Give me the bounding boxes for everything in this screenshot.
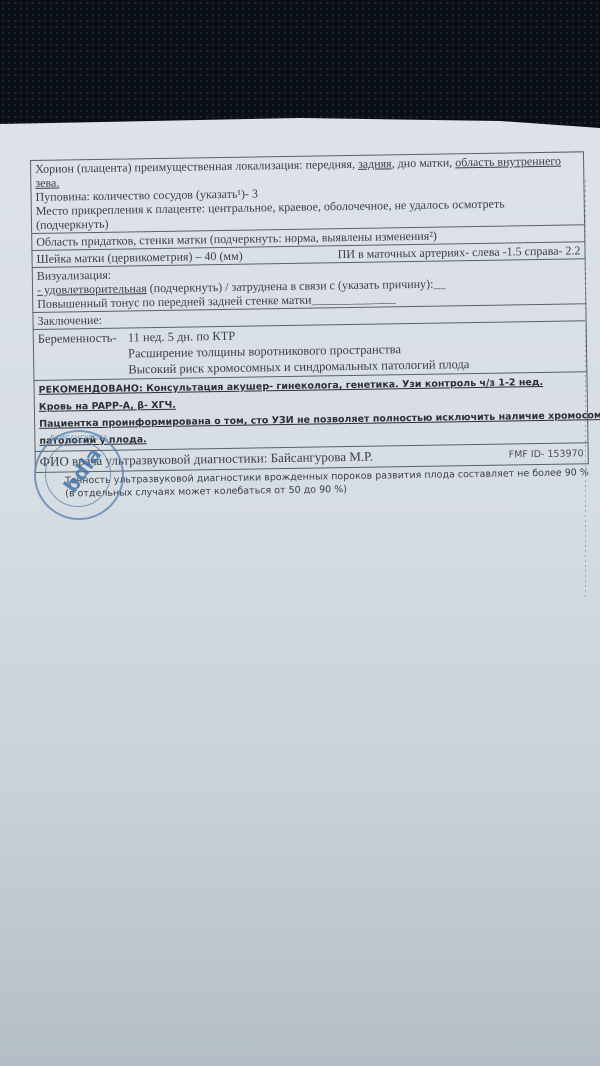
clinic-stamp: БАЙСАНГУРОВА bdla [34, 430, 124, 520]
stamp-ring-text: БАЙСАНГУРОВА [36, 434, 122, 442]
chorion-middle: , дно матки, [392, 155, 456, 170]
dark-background [0, 0, 600, 130]
bleed-through-marks [585, 180, 586, 600]
chorion-underlined-posterior: задняя [358, 156, 392, 171]
conclusion-title: Заключение: [37, 313, 102, 328]
fmf-id: FMF ID- 153970 [509, 448, 584, 460]
pregnancy-label: Беременность- [38, 329, 129, 378]
pi-arteries-text: ПИ в маточных артериях- слева -1.5 справ… [338, 243, 581, 261]
conclusion-row: Беременность- 11 нед. 5 дн. по КТР Расши… [33, 321, 588, 381]
cervix-text: Шейка матки (цервикометрия) – 40 (мм) [36, 249, 242, 266]
stamp-signature: bdla [59, 443, 107, 497]
chorion-row: Хорион (плацента) преимущественная локал… [30, 151, 585, 234]
attachment-text: Место прикрепления к плаценте: центральн… [36, 197, 505, 232]
chorion-text: Хорион (плацента) преимущественная локал… [35, 157, 358, 176]
